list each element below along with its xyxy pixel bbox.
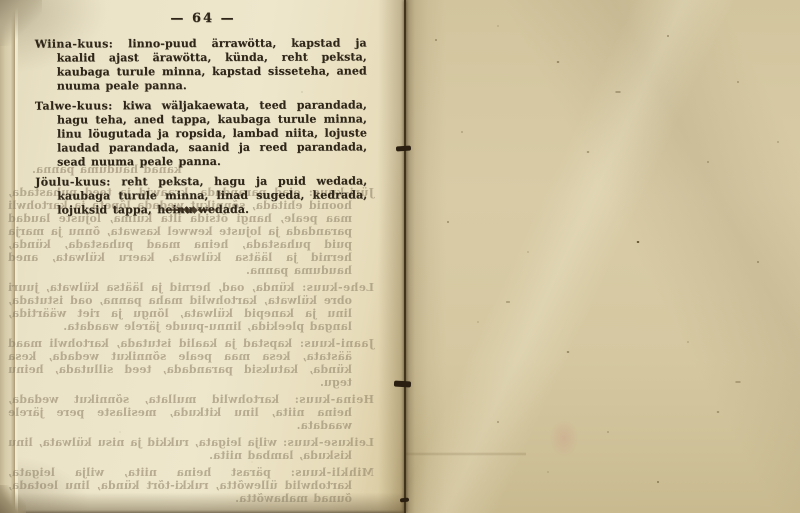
fleuron-divider [158,206,222,214]
divider-diamond [178,207,183,212]
ghost-month-heading: Leikuse-kuus: [283,436,374,449]
divider-diamond [197,207,202,212]
ghost-paragraph-leikuse: Leikuse-kuus: wilja leigata, rukkid ja n… [8,436,374,462]
month-heading: Talwe-kuus: [35,99,113,112]
divider-diamond [190,206,198,214]
month-heading: Wiina-kuus: [35,37,114,50]
paper-speckle-texture [406,0,800,513]
left-page: kanad hauduma panna. Jüri-kuus: ojad par… [0,0,406,513]
gutter-line [404,0,406,513]
paragraph-talwe-kuus: Talwe-kuus: kiwa wäljakaewata, teed para… [35,98,367,169]
ghost-paragraph-jaani: Jaani-kuus: kapstad ja kaalid istutada, … [8,337,374,389]
divider-rule [158,209,178,211]
stitch-thread [396,145,411,151]
ghost-paragraph-lehe: Lehe-kuus: künda, oad, hernid ja läätsa … [8,281,374,333]
ghost-paragraph-mihkli: Mihkli-kuus: pärast heina niita, wilja l… [8,466,374,505]
ghost-paragraph-heina: Heina-kuus: kartohwlid mullata, sõnnikut… [8,393,374,432]
main-text-block: Wiina-kuus: linno-puud ärrawötta, kapsta… [35,36,368,223]
ghost-month-heading: Lehe-kuus: [302,281,374,294]
stitch-thread [394,381,411,388]
divider-diamond [183,206,191,214]
paragraph-wiina-kuus: Wiina-kuus: linno-puud ärrawötta, kapsta… [35,36,367,93]
page-number: — 64 — [0,11,406,26]
divider-rule [202,209,222,211]
month-heading: Jöulu-kuus: [35,175,111,188]
ghost-month-heading: Jaani-kuus: [300,337,374,350]
book-scan: kanad hauduma panna. Jüri-kuus: ojad par… [0,0,800,513]
ghost-paragraph-body: künda, oad, hernid ja läätsa külwata, ju… [8,281,352,333]
right-page-blank [406,0,800,513]
fold-crease [406,452,526,456]
ghost-month-heading: Mihkli-kuus: [290,466,374,479]
ghost-month-heading: Heina-kuus: [294,393,374,406]
gutter-shadow [378,0,404,513]
